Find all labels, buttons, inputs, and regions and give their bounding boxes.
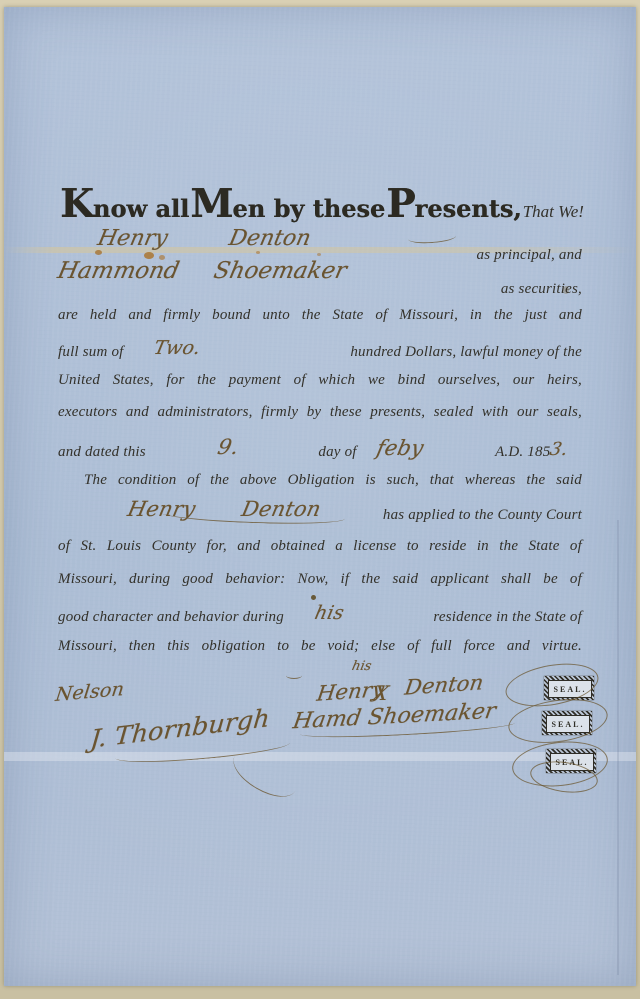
ornate-initial-M: M <box>190 181 232 227</box>
condition-line-5: good character and behavior during his r… <box>58 604 582 626</box>
printed-good-character: good character and behavior during <box>58 609 284 626</box>
body-line-2: full sum of Two. hundred Dollars, lawful… <box>58 339 582 361</box>
handwritten-day: 9. <box>215 435 241 459</box>
heading-know-all: Know all <box>60 181 189 227</box>
heading-presents: Presents, <box>386 181 521 227</box>
condition-line-6: Missouri, then this obligation to be voi… <box>58 638 582 655</box>
printed-as-securities: as securities, <box>58 281 582 298</box>
condition-line-4: Missouri, during good behavior: Now, if … <box>58 571 582 588</box>
printed-residence: residence in the State of <box>433 609 582 626</box>
body-line-1: are held and firmly bound unto the State… <box>58 307 582 324</box>
body-line-4: executors and administrators, firmly by … <box>58 404 582 421</box>
document-heading: Know all Men by these Presents, That We! <box>60 181 584 227</box>
heading-men-by-these: Men by these <box>190 181 385 227</box>
ornate-initial-P: P <box>386 181 414 227</box>
ink-blot <box>311 595 316 600</box>
condition-line-3: of St. Louis County for, and obtained a … <box>58 538 582 555</box>
body-line-3: United States, for the payment of which … <box>58 372 582 389</box>
printed-ad-185: A.D. 185 <box>495 444 550 461</box>
handwritten-year-digit: 3. <box>548 439 570 460</box>
heading-that-we: That We! <box>523 202 584 222</box>
printed-hundred-dollars: hundred Dollars, lawful money of the <box>350 344 582 361</box>
handwritten-amount: Two. <box>151 337 202 359</box>
handwritten-month: feby <box>374 436 425 460</box>
printed-and-dated-this: and dated this <box>58 444 146 461</box>
handwritten-his: his <box>313 602 346 624</box>
printed-has-applied: has applied to the County Court <box>383 507 582 524</box>
condition-line-1: The condition of the above Obligation is… <box>58 472 582 489</box>
printed-day-of: day of <box>318 444 356 461</box>
body-line-5: and dated this 9. day of feby A.D. 185 3… <box>58 437 582 461</box>
printed-full-sum-of: full sum of <box>58 344 124 361</box>
pen-squiggle <box>286 672 302 679</box>
ornate-initial-K: K <box>60 181 93 227</box>
vertical-crease <box>617 520 619 975</box>
handwritten-his-note: his <box>350 659 372 674</box>
